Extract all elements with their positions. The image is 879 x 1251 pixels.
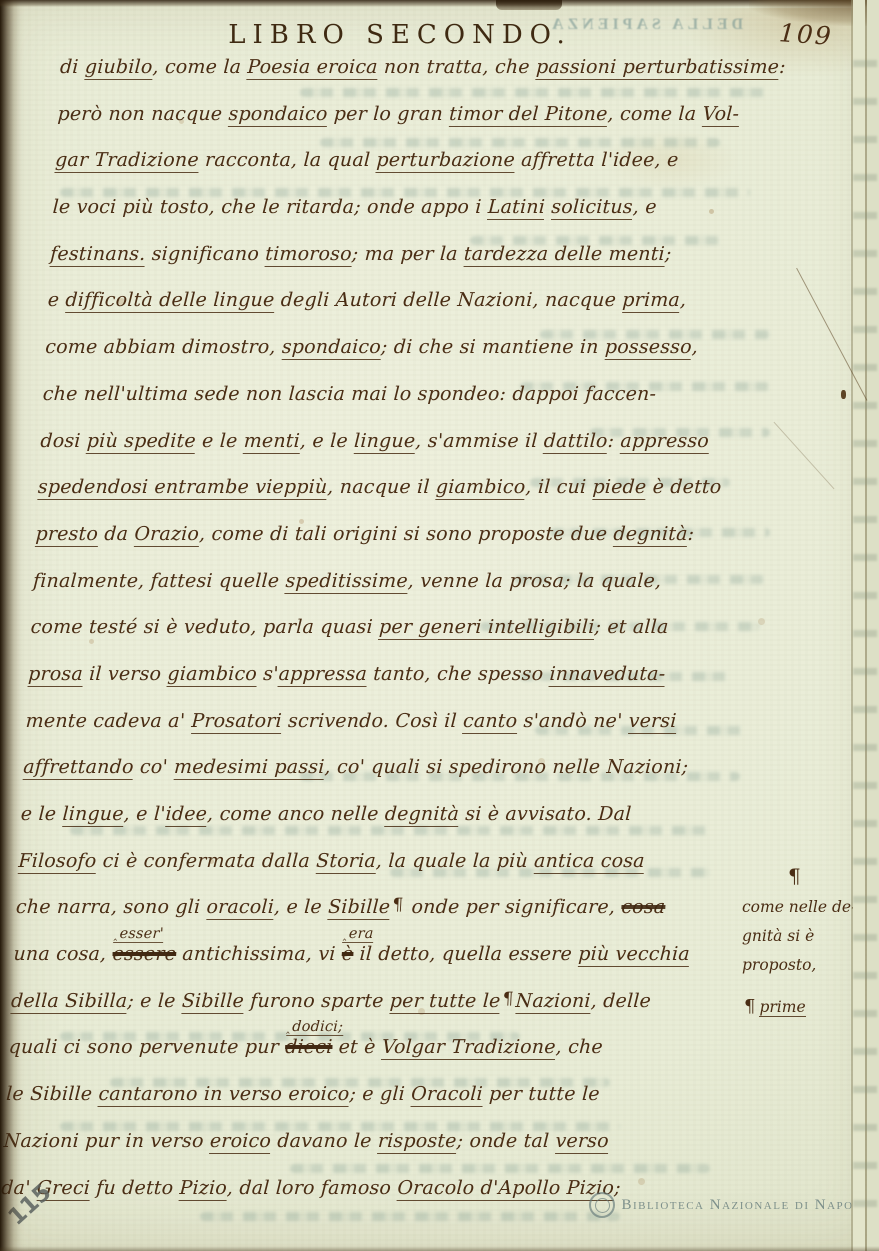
word: e xyxy=(47,289,66,311)
underlined-word: Poesia eroica xyxy=(247,56,379,80)
underlined-word: Vol- xyxy=(702,103,740,127)
word: ; xyxy=(664,243,672,265)
word: degli Autori delle Nazioni, nacque xyxy=(274,289,623,311)
word: , e xyxy=(632,196,657,218)
word: non tratta, che xyxy=(377,56,536,78)
underlined-word: Oracolo d'Apollo Pizio xyxy=(397,1177,615,1201)
word: , il cui xyxy=(525,476,593,498)
underlined-word: appressa xyxy=(278,663,368,687)
underlined-word: canto xyxy=(462,710,518,734)
word: s' xyxy=(256,663,279,685)
manuscript-line: come abbiam dimostro, spondaico; di che … xyxy=(43,336,759,383)
word: il verso xyxy=(82,663,168,685)
underlined-word: antica cosa xyxy=(533,850,645,874)
binding-edge xyxy=(0,0,22,1251)
word: , come la xyxy=(607,103,703,125)
word: che nell'ultima sede non lascia mai lo s… xyxy=(42,383,656,405)
word: ; ma per la xyxy=(351,243,464,265)
underlined-word: solicitus xyxy=(551,196,634,220)
underlined-word: prima xyxy=(622,289,681,313)
underlined-word: medesimi passi xyxy=(173,756,325,780)
manuscript-line: festinans. significano timoroso; ma per … xyxy=(48,243,764,290)
interlinear-insertion: dodici; xyxy=(286,1019,344,1036)
word: ci è confermata dalla xyxy=(96,850,317,872)
underlined-word: innaveduta- xyxy=(549,663,666,687)
word: , xyxy=(679,289,686,311)
word: per lo gran xyxy=(327,103,450,125)
word: finalmente, fattesi quelle xyxy=(33,570,287,592)
underlined-word: spedendosi entrambe vieppiù xyxy=(37,476,328,500)
word: , xyxy=(691,336,698,358)
library-logo-icon xyxy=(589,1192,615,1218)
underlined-word: presto xyxy=(35,523,99,547)
page-bottom-edge xyxy=(0,1246,879,1251)
underlined-word: timoroso xyxy=(265,243,353,267)
underlined-word: risposte xyxy=(377,1130,457,1154)
word: s'andò ne' xyxy=(517,710,630,732)
word: per tutte le xyxy=(482,1083,600,1105)
word: , che xyxy=(555,1036,603,1058)
manuscript-line: presto da Orazio, come di tali origini s… xyxy=(34,523,750,570)
word: le voci più tosto, che le ritarda; onde … xyxy=(52,196,488,218)
word: ; di che si mantiene in xyxy=(380,336,605,358)
manuscript-line: quali ci sono pervenute pur dodici;dieci… xyxy=(7,1036,723,1083)
underlined-word: appresso xyxy=(620,430,710,454)
underlined-word: possesso xyxy=(604,336,692,360)
underlined-word: Prosatori xyxy=(191,710,283,734)
struck-word: esser'essere xyxy=(112,943,177,965)
underlined-word: prosa xyxy=(28,663,84,687)
word: , e l' xyxy=(123,803,166,825)
underlined-word: Sibille xyxy=(181,990,244,1014)
underlined-word: Oracoli xyxy=(411,1083,484,1107)
word: però non nacque xyxy=(57,103,229,125)
underlined-word: dattilo xyxy=(543,430,608,454)
word: fu detto xyxy=(90,1177,181,1199)
insertion-mark: ¶ xyxy=(500,989,516,1009)
underlined-word: difficoltà delle lingue xyxy=(65,289,275,313)
word: una cosa, xyxy=(13,943,113,965)
underlined-word: più vecchia xyxy=(578,943,691,967)
underlined-word: idee xyxy=(165,803,208,827)
word: , delle xyxy=(590,990,651,1012)
manuscript-line: affrettando co' medesimi passi, co' qual… xyxy=(21,756,737,803)
word: , e le xyxy=(273,896,328,918)
underlined-word: Sibille xyxy=(327,896,390,920)
manuscript-line: come testé si è veduto, parla quasi per … xyxy=(29,616,745,663)
underlined-word: Filosofo xyxy=(18,850,97,874)
word: antichissima, vi xyxy=(176,943,343,965)
underlined-word: tardezza delle menti xyxy=(463,243,665,267)
underlined-word: Latini xyxy=(487,196,545,220)
word: è detto xyxy=(646,476,722,498)
manuscript-line: dosi più spedite e le menti, e le lingue… xyxy=(39,430,755,477)
word: , venne la prosa; la quale, xyxy=(407,570,662,592)
word: che narra, sono gli xyxy=(15,896,207,918)
word: ; e gli xyxy=(349,1083,412,1105)
manuscript-line: della Sibilla; e le Sibille furono spart… xyxy=(9,990,725,1037)
underlined-word: festinans. xyxy=(50,243,147,267)
margin-note-text: prime xyxy=(759,998,805,1017)
word: , dal loro famoso xyxy=(226,1177,398,1199)
word: furono sparte xyxy=(243,990,390,1012)
word: il detto, quella essere xyxy=(353,943,579,965)
underlined-word: Volgar Tradizione xyxy=(381,1036,556,1060)
word: di xyxy=(59,56,85,78)
word: , come la xyxy=(152,56,248,78)
manuscript-line: e le lingue, e l'idee, come anco nelle d… xyxy=(19,803,735,850)
underlined-word: Storia xyxy=(315,850,376,874)
underlined-word: oracoli xyxy=(206,896,275,920)
interlinear-insertion: era xyxy=(342,926,374,943)
word: si è avvisato. Dal xyxy=(459,803,633,825)
word: ; e le xyxy=(127,990,183,1012)
word: , nacque il xyxy=(327,476,437,498)
library-stamp-text: Biblioteca Nazionale di Napoli xyxy=(621,1197,867,1214)
library-stamp: Biblioteca Nazionale di Napoli xyxy=(589,1192,867,1218)
manuscript-line: e difficoltà delle lingue degli Autori d… xyxy=(46,289,762,336)
manuscript-line: le voci più tosto, che le ritarda; onde … xyxy=(51,196,767,243)
underlined-word: Pizio xyxy=(179,1177,228,1201)
manuscript-line: le Sibille cantarono in verso eroico; e … xyxy=(4,1083,720,1130)
interlinear-insertion: esser' xyxy=(113,926,164,943)
underlined-word: Orazio xyxy=(134,523,200,547)
manuscript-line: Filosofo ci è confermata dalla Storia, l… xyxy=(17,850,733,897)
margin-note-text: gnità si è proposto, xyxy=(742,927,816,974)
word: mente cadeva a' xyxy=(25,710,192,732)
underlined-word: passioni perturbatissime xyxy=(535,56,779,80)
underlined-word: per generi intelligibili xyxy=(378,616,595,640)
underlined-word: della Sibilla xyxy=(10,990,128,1014)
insertion-mark: ¶ xyxy=(744,996,755,1017)
manuscript-line: prosa il verso giambico s'appressa tanto… xyxy=(26,663,742,710)
manuscript-line: spedendosi entrambe vieppiù, nacque il g… xyxy=(36,476,752,523)
underlined-word: lingue xyxy=(353,430,415,454)
word: da xyxy=(97,523,135,545)
underlined-word: giambico xyxy=(167,663,258,687)
underlined-word: giubilo xyxy=(84,56,153,80)
word: , e le xyxy=(299,430,354,452)
word: et è xyxy=(332,1036,383,1058)
word: co' xyxy=(133,756,175,778)
underlined-word: versi xyxy=(628,710,677,734)
word: onde per significare, xyxy=(405,896,622,918)
underlined-word: giambico xyxy=(435,476,526,500)
underlined-word: per tutte le xyxy=(389,990,501,1014)
manuscript-line: finalmente, fattesi quelle speditissime,… xyxy=(31,570,747,617)
underlined-word: più spedite xyxy=(86,430,196,454)
manuscript-line: una cosa, esser'essere antichissima, vi … xyxy=(12,943,728,990)
manuscript-line: di giubilo, come la Poesia eroica non tr… xyxy=(58,56,774,103)
word: , co' quali si spedirono nelle Nazioni; xyxy=(324,756,689,778)
underlined-word: lingue xyxy=(62,803,124,827)
word: : xyxy=(779,56,787,78)
manuscript-line: Nazioni pur in verso eroico davano le ri… xyxy=(2,1130,718,1177)
underlined-word: eroico xyxy=(209,1130,271,1154)
word: racconta, la qual xyxy=(198,149,377,171)
margin-note-text: come nelle de- xyxy=(742,898,856,916)
word: e le xyxy=(195,430,244,452)
next-page-ghost-text xyxy=(853,60,877,1211)
underlined-word: affrettando xyxy=(23,756,135,780)
underlined-word: degnità xyxy=(613,523,689,547)
word: quali ci sono pervenute pur xyxy=(8,1036,286,1058)
underlined-word: cantarono in verso eroico xyxy=(98,1083,350,1107)
word: tanto, che spesso xyxy=(366,663,550,685)
underlined-word: spondaico xyxy=(228,103,328,127)
word: significano xyxy=(145,243,266,265)
underlined-word: speditissime xyxy=(285,570,409,594)
manuscript-line: gar Tradizione racconta, la qual perturb… xyxy=(53,149,769,196)
word: ; et alla xyxy=(594,616,669,638)
word: Nazioni pur in verso xyxy=(3,1130,210,1152)
ink-blot xyxy=(841,390,846,399)
hair-artifact xyxy=(774,422,835,490)
manuscript-text: di giubilo, come la Poesia eroica non tr… xyxy=(0,56,775,1223)
manuscript-line: però non nacque spondaico per lo gran ti… xyxy=(56,103,772,150)
manuscript-line: che nell'ultima sede non lascia mai lo s… xyxy=(41,383,757,430)
underlined-word: Nazioni xyxy=(515,990,591,1014)
underlined-word: degnità xyxy=(384,803,460,827)
word: : xyxy=(687,523,695,545)
struck-word: dodici;dieci xyxy=(285,1036,333,1058)
word: e le xyxy=(20,803,63,825)
word: dosi xyxy=(40,430,88,452)
page-top-tab xyxy=(496,0,562,10)
underlined-word: verso xyxy=(555,1130,610,1154)
word: ; onde tal xyxy=(456,1130,556,1152)
word: , s'ammise il xyxy=(415,430,545,452)
manuscript-page: DELLA SAPIENZA LIBRO SECONDO. 109 di giu… xyxy=(0,0,879,1251)
word: , come di tali origini si sono proposte … xyxy=(199,523,614,545)
word: affretta l'idee, e xyxy=(514,149,679,171)
underlined-word: spondaico xyxy=(281,336,381,360)
manuscript-line: mente cadeva a' Prosatori scrivendo. Cos… xyxy=(24,710,740,757)
word: , come anco nelle xyxy=(207,803,386,825)
underlined-word: perturbazione xyxy=(376,149,516,173)
page-title: LIBRO SECONDO. xyxy=(200,20,600,50)
word: scrivendo. Così il xyxy=(281,710,463,732)
struck-word: eraè xyxy=(341,943,354,965)
struck-word: cosa xyxy=(621,896,666,918)
word: davano le xyxy=(270,1130,378,1152)
underlined-word: menti xyxy=(243,430,300,454)
word: come testé si è veduto, parla quasi xyxy=(30,616,380,638)
word: come abbiam dimostro, xyxy=(45,336,283,358)
underlined-word: piede xyxy=(592,476,647,500)
word: , la quale la più xyxy=(375,850,534,872)
underlined-word: timor del Pitone xyxy=(449,103,609,127)
page-top-edge xyxy=(0,0,879,7)
underlined-word: gar Tradizione xyxy=(54,149,199,173)
insertion-mark: ¶ xyxy=(390,895,406,915)
